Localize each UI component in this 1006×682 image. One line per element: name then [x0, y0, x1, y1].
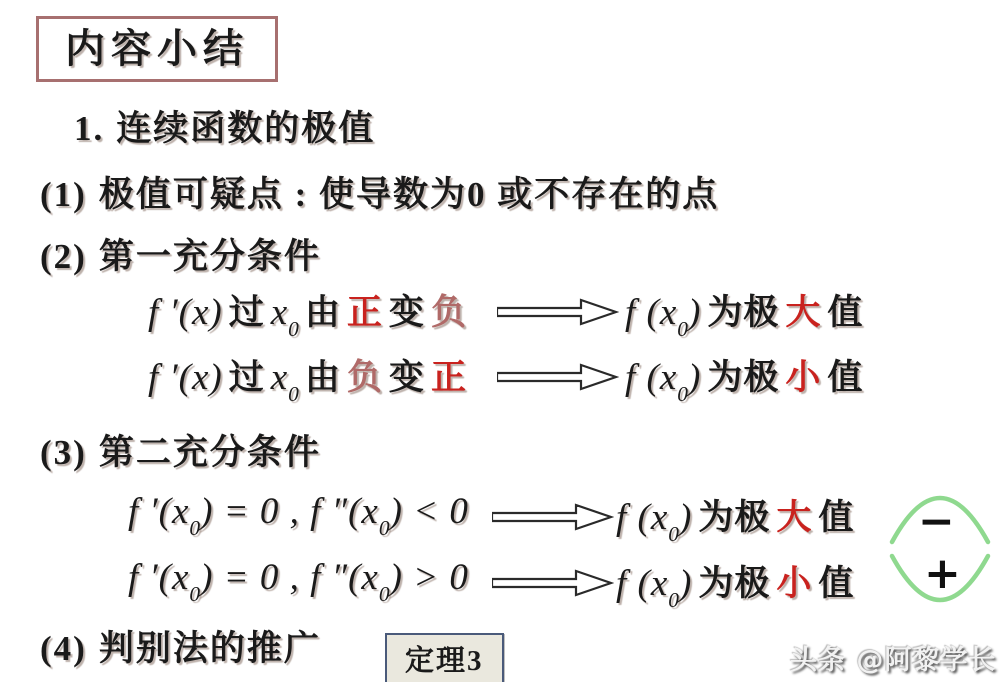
- first-condition-max-lhs: f ′(x) 过 x0 由 正 变 负: [148, 285, 467, 338]
- x0-variable: x0: [271, 356, 299, 403]
- implies-arrow-icon: [497, 362, 619, 392]
- theorem-3-label: 定理3: [405, 645, 484, 677]
- result-maximum: 大: [776, 490, 812, 540]
- sign-negative: 负: [347, 350, 383, 400]
- first-condition-min-row: f ′(x) 过 x0 由 负 变 正 f (x0) 为极 小 值: [0, 346, 1006, 410]
- second-condition-max-row: f ′(x0) = 0 , f ″(x0) < 0 f (x0) 为极 大 值: [0, 486, 1006, 550]
- result-minimum: 小: [785, 350, 821, 400]
- word-pass: 过: [229, 350, 265, 400]
- first-condition-min-rhs: f (x0) 为极 小 值: [625, 350, 863, 403]
- result-suffix: 值: [818, 490, 854, 540]
- word-pass: 过: [229, 285, 265, 335]
- second-condition-min-lhs: f ′(x0) = 0 , f ″(x0) > 0: [128, 556, 469, 603]
- outline-item-4-text: 判别法的推广: [99, 621, 321, 671]
- watermark: 头条 @阿黎学长: [790, 638, 996, 677]
- outline-item-2-number: (2): [40, 237, 87, 277]
- first-condition-min-lhs: f ′(x) 过 x0 由 负 变 正: [148, 350, 467, 403]
- result-prefix: 为极: [707, 285, 779, 335]
- result-suffix: 值: [827, 285, 863, 335]
- result-suffix: 值: [827, 350, 863, 400]
- x0-variable: x0: [271, 291, 299, 338]
- word-from: 由: [305, 350, 341, 400]
- outline-item-3: (3) 第二充分条件: [40, 425, 321, 475]
- sign-negative: 负: [431, 285, 467, 335]
- f-x0-expression: f (x0): [616, 496, 692, 543]
- concave-down-curve-icon: −: [888, 476, 992, 552]
- outline-item-1-text: 极值可疑点 : 使导数为0 或不存在的点: [99, 167, 719, 217]
- result-minimum: 小: [776, 556, 812, 606]
- result-prefix: 为极: [707, 350, 779, 400]
- sign-positive: 正: [431, 350, 467, 400]
- word-change: 变: [389, 350, 425, 400]
- page-title: 内容小结: [65, 26, 249, 71]
- derivative-expression: f ′(x): [148, 356, 223, 399]
- outline-item-4-number: (4): [40, 629, 87, 669]
- sign-positive: 正: [347, 285, 383, 335]
- implies-arrow-icon: [492, 502, 614, 532]
- second-condition-max-rhs: f (x0) 为极 大 值: [616, 490, 854, 543]
- section-heading: 1. 连续函数的极值: [74, 101, 375, 151]
- condition-expression: f ′(x0) = 0 , f ″(x0) > 0: [128, 556, 469, 603]
- word-change: 变: [389, 285, 425, 335]
- concave-up-curve-icon: +: [888, 550, 992, 622]
- outline-item-3-number: (3): [40, 433, 87, 473]
- title-box: 内容小结: [36, 16, 278, 82]
- first-condition-max-rhs: f (x0) 为极 大 值: [625, 285, 863, 338]
- word-from: 由: [305, 285, 341, 335]
- first-condition-max-row: f ′(x) 过 x0 由 正 变 负 f (x0) 为极 大 值: [0, 281, 1006, 345]
- f-x0-expression: f (x0): [625, 356, 701, 403]
- f-x0-expression: f (x0): [625, 291, 701, 338]
- slide: 内容小结 1. 连续函数的极值 (1) 极值可疑点 : 使导数为0 或不存在的点…: [0, 0, 1006, 682]
- second-condition-min-rhs: f (x0) 为极 小 值: [616, 556, 854, 609]
- outline-item-4: (4) 判别法的推广: [40, 621, 321, 671]
- minus-sign: −: [918, 500, 955, 544]
- result-prefix: 为极: [698, 556, 770, 606]
- watermark-text: 头条 @阿黎学长: [790, 645, 996, 676]
- outline-item-3-text: 第二充分条件: [99, 425, 321, 475]
- condition-expression: f ′(x0) = 0 , f ″(x0) < 0: [128, 490, 469, 537]
- outline-item-2-text: 第一充分条件: [99, 229, 321, 279]
- result-suffix: 值: [818, 556, 854, 606]
- outline-item-1: (1) 极值可疑点 : 使导数为0 或不存在的点: [40, 167, 719, 217]
- plus-sign: +: [924, 552, 961, 596]
- second-condition-min-row: f ′(x0) = 0 , f ″(x0) > 0 f (x0) 为极 小 值: [0, 552, 1006, 616]
- theorem-3-badge: 定理3: [385, 633, 504, 682]
- section-heading-number: 1.: [74, 109, 104, 149]
- outline-item-1-number: (1): [40, 175, 87, 215]
- derivative-expression: f ′(x): [148, 291, 223, 334]
- outline-item-2: (2) 第一充分条件: [40, 229, 321, 279]
- implies-arrow-icon: [492, 568, 614, 598]
- second-condition-max-lhs: f ′(x0) = 0 , f ″(x0) < 0: [128, 490, 469, 537]
- f-x0-expression: f (x0): [616, 562, 692, 609]
- result-maximum: 大: [785, 285, 821, 335]
- result-prefix: 为极: [698, 490, 770, 540]
- implies-arrow-icon: [497, 297, 619, 327]
- section-heading-text: 连续函数的极值: [116, 101, 375, 151]
